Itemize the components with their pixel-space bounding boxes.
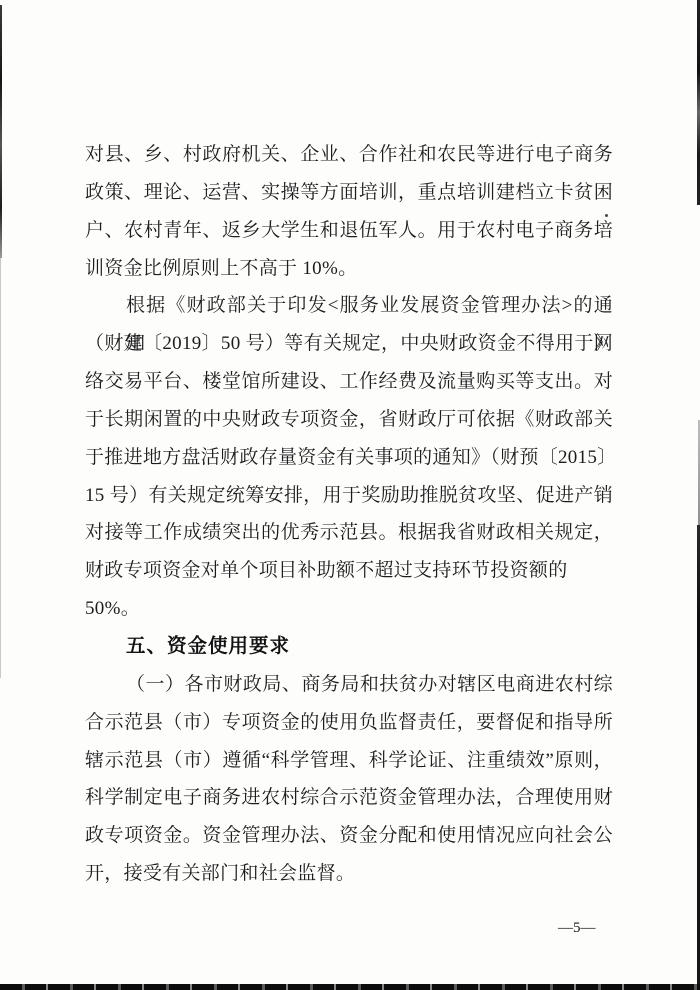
document-page: 对县、乡、村政府机关、企业、合作社和农民等进行电子商务政策、理论、运营、实操等方… <box>0 0 700 990</box>
document-text-block: 对县、乡、村政府机关、企业、合作社和农民等进行电子商务政策、理论、运营、实操等方… <box>85 136 613 893</box>
text-line: 对县、乡、村政府机关、企业、合作社和农民等进行电子商务 <box>85 136 613 174</box>
section-heading: 五、资金使用要求 <box>85 628 613 666</box>
page-number: —5— <box>558 920 596 937</box>
text-line: 辖示范县（市）遵循“科学管理、科学论证、注重绩效”原则， <box>85 742 613 780</box>
text-line: （一）各市财政局、商务局和扶贫办对辖区电商进农村综 <box>85 666 613 704</box>
scan-edge-left-faint <box>0 258 1 678</box>
text-line: 政专项资金。资金管理办法、资金分配和使用情况应向社会公 <box>85 817 613 855</box>
text-line: 根据《财政部关于印发<服务业发展资金管理办法>的通知》 <box>85 287 613 325</box>
text-line: 合示范县（市）专项资金的使用负监督责任，要督促和指导所 <box>85 704 613 742</box>
text-line: 于长期闲置的中央财政专项资金，省财政厅可依据《财政部关 <box>85 401 613 439</box>
text-line: 户、农村青年、返乡大学生和退伍军人。用于农村电子商务培 <box>85 212 613 250</box>
text-line: 训资金比例原则上不高于 10%。 <box>85 250 613 288</box>
scan-edge-bottom <box>0 984 700 990</box>
text-line: 开，接受有关部门和社会监督。 <box>85 855 613 893</box>
scan-edge-left <box>0 5 2 258</box>
text-line: 财政专项资金对单个项目补助额不超过支持环节投资额的 <box>85 552 613 590</box>
text-line: 络交易平台、楼堂馆所建设、工作经费及流量购买等支出。对 <box>85 363 613 401</box>
text-line: （财建〔2019〕50 号）等有关规定，中央财政资金不得用于网 <box>85 325 613 363</box>
text-line: 科学制定电子商务进农村综合示范资金管理办法，合理使用财 <box>85 779 613 817</box>
text-line: 对接等工作成绩突出的优秀示范县。根据我省财政相关规定， <box>85 514 613 552</box>
text-line: 50%。 <box>85 590 613 628</box>
text-line: 政策、理论、运营、实操等方面培训，重点培训建档立卡贫困 <box>85 174 613 212</box>
text-line: 于推进地方盘活财政存量资金有关事项的通知》（财预〔2015〕 <box>85 439 613 477</box>
scan-speck <box>605 214 608 217</box>
text-line: 15 号）有关规定统筹安排，用于奖励助推脱贫攻坚、促进产销 <box>85 477 613 515</box>
